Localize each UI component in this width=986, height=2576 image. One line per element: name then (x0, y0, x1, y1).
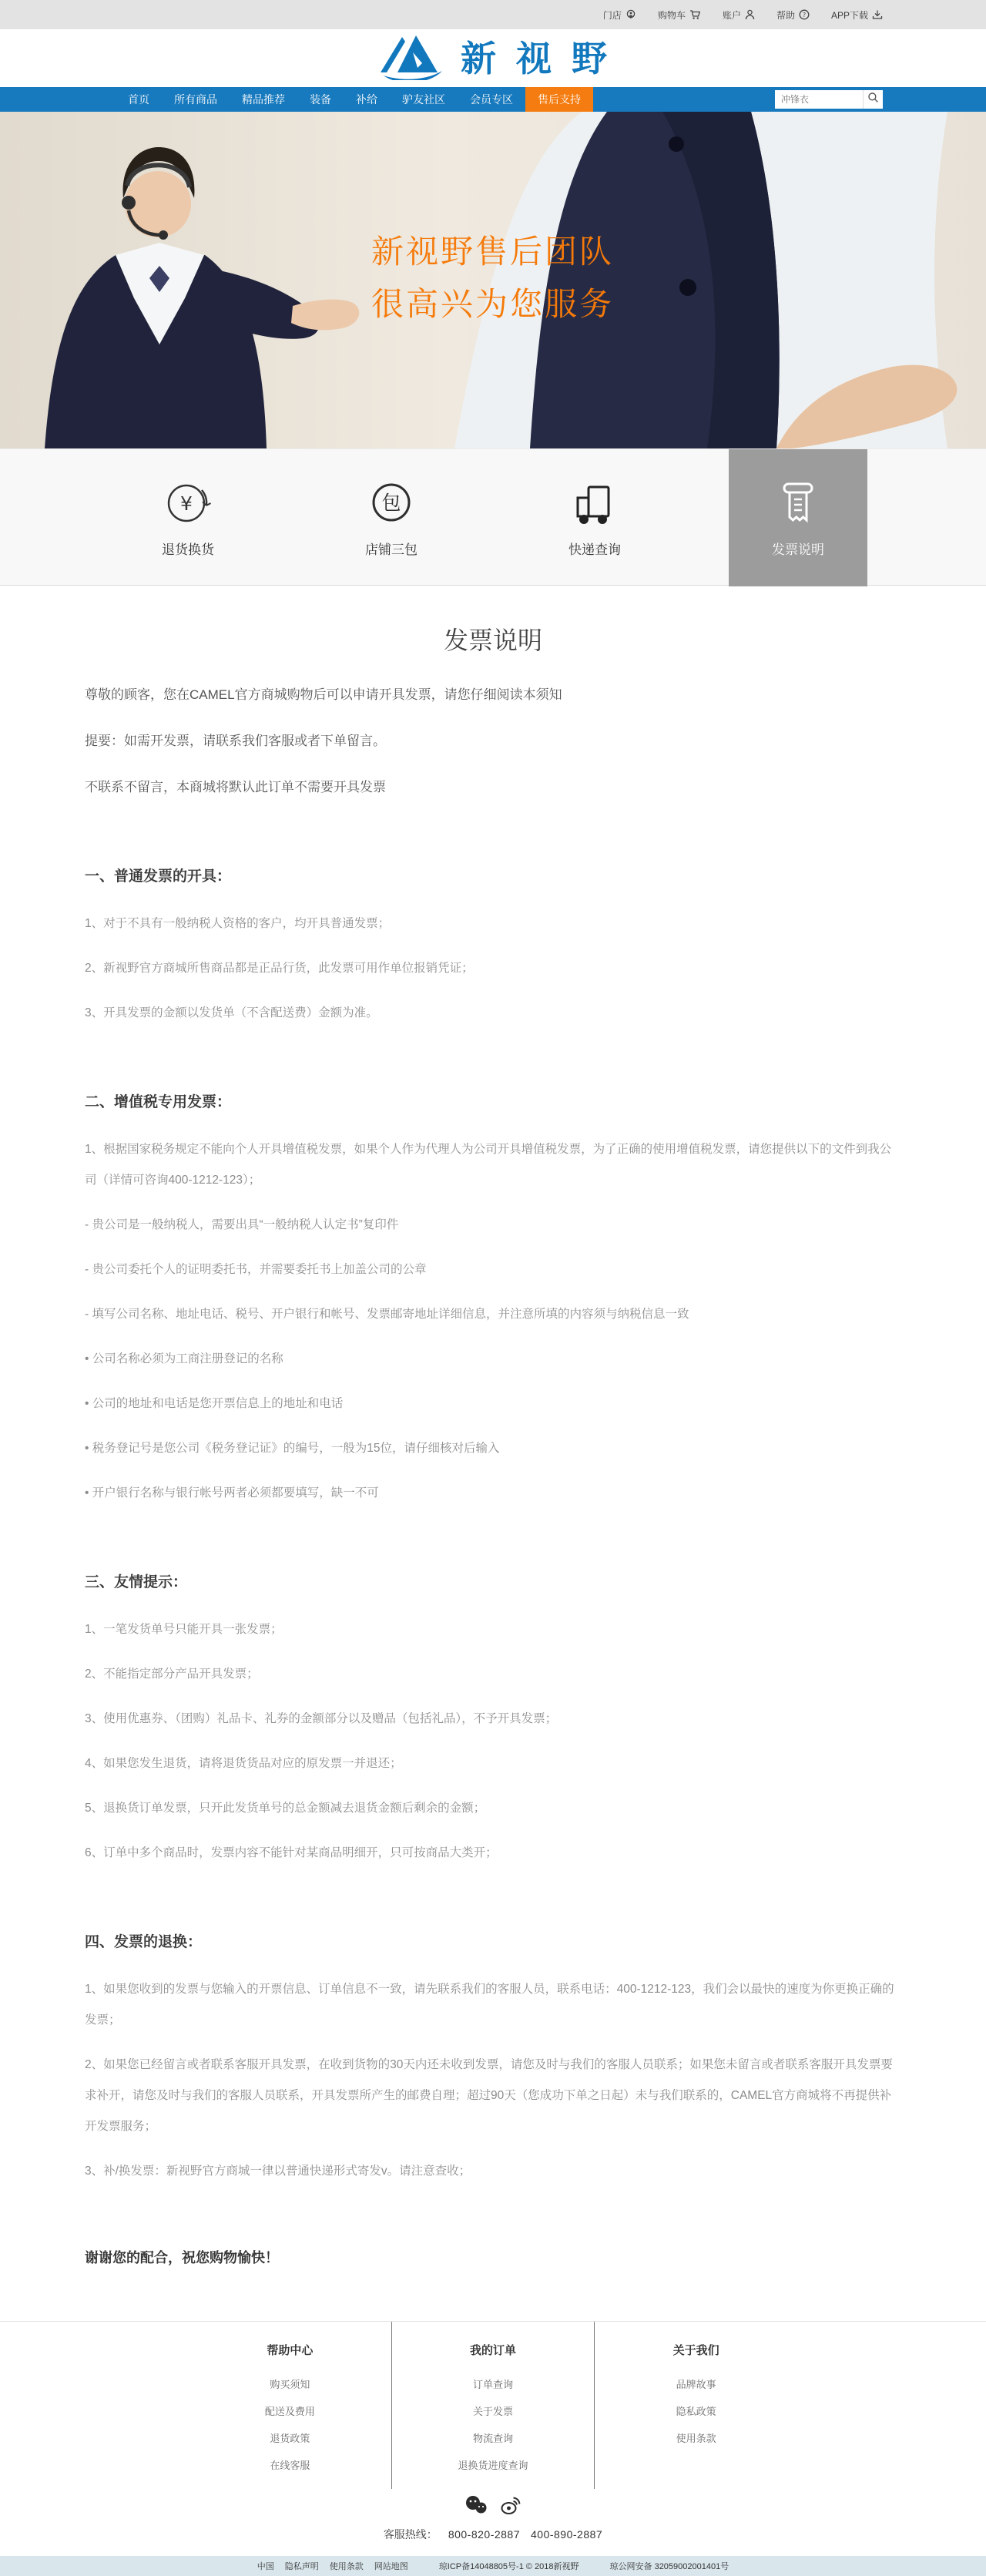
section-item: 3、补/换发票：新视野官方商城一律以普通快递形式寄发v。请注意查收； (85, 2156, 901, 2187)
section-item: 2、新视野官方商城所售商品都是正品行货，此发票可用作单位报销凭证； (85, 953, 901, 984)
hero-banner: 新视野售后团队 很高兴为您服务 (0, 112, 986, 448)
nav-item-supplies[interactable]: 补给 (344, 87, 390, 112)
site-header: 新视野 (0, 29, 986, 87)
tab-returns-label: 退货换货 (162, 539, 214, 558)
intro-paragraph: 不联系不留言，本商城将默认此订单不需要开具发票 (85, 772, 901, 803)
section-item: 4、如果您发生退货，请将退货货品对应的原发票一并退还； (85, 1748, 901, 1779)
section-heading-friendly-tips: 三、友情提示： (85, 1570, 901, 1591)
footer-col-my-orders: 我的订单 订单查询 关于发票 物流查询 退换货进度查询 (391, 2322, 595, 2489)
section-item: - 贵公司委托个人的证明委托书，并需要委托书上加盖公司的公章 (85, 1254, 901, 1285)
footer-link-return-progress[interactable]: 退换货进度查询 (392, 2457, 595, 2472)
tab-invoice-info[interactable]: 发票说明 (729, 449, 867, 586)
search-box (775, 90, 883, 109)
section-heading-vat-invoice: 二、增值税专用发票： (85, 1090, 901, 1111)
section-item: 3、使用优惠券、（团购）礼品卡、礼券的金额部分以及赠品（包括礼品），不予开具发票… (85, 1704, 901, 1735)
footer-link-terms[interactable]: 使用条款 (595, 2430, 797, 2445)
social-links (0, 2495, 986, 2519)
section-item: 2、如果您已经留言或者联系客服开具发票，在收到货物的30天内还未收到发票，请您及… (85, 2050, 901, 2142)
page-title: 发票说明 (85, 621, 901, 657)
hotline-phone-2: 400-890-2887 (531, 2528, 602, 2541)
section-item: 5、退换货订单发票，只开此发货单号的总金额减去退货金额后剩余的金额； (85, 1793, 901, 1824)
footer-link-brand-story[interactable]: 品牌故事 (595, 2376, 797, 2391)
intro-paragraph: 尊敬的顾客，您在CAMEL官方商城购物后可以申请开具发票，请您仔细阅读本须知 (85, 680, 901, 710)
truck-icon (570, 477, 619, 528)
section-item: - 贵公司是一般纳税人，需要出具“一般纳税人认定书”复印件 (85, 1210, 901, 1241)
section-item: 1、对于不具有一般纳税人资格的客户，均开具普通发票； (85, 908, 901, 939)
hero-slogan-line1: 新视野售后团队 (371, 226, 614, 278)
footer-link-delivery-fees[interactable]: 配送及费用 (189, 2403, 391, 2418)
section-item: 1、如果您收到的发票与您输入的开票信息、订单信息不一致，请先联系我们的客服人员，… (85, 1974, 901, 2036)
wechat-icon[interactable] (464, 2495, 488, 2519)
help-icon: ? (799, 9, 810, 20)
footer-link-online-service[interactable]: 在线客服 (189, 2457, 391, 2472)
footer-link-return-policy[interactable]: 退货政策 (189, 2430, 391, 2445)
package-icon: 包 (367, 477, 416, 528)
brand-name[interactable]: 新视野 (461, 41, 627, 76)
nav-item-gear[interactable]: 装备 (297, 87, 344, 112)
account-icon (745, 9, 755, 20)
main-nav: 首页 所有商品 精品推荐 装备 补给 驴友社区 会员专区 售后支持 (0, 87, 986, 112)
hero-slogan: 新视野售后团队 很高兴为您服务 (371, 226, 614, 331)
section-item: • 公司名称必须为工商注册登记的名称 (85, 1344, 901, 1375)
cart-link[interactable]: 购物车 (658, 8, 701, 22)
svg-text:¥: ¥ (180, 492, 193, 515)
service-tabs: ¥ 退货换货 包 店铺三包 快递查 (0, 448, 986, 586)
legal-link-privacy[interactable]: 隐私声明 (285, 2560, 319, 2572)
section-item: • 开户银行名称与银行帐号两者必须都要填写，缺一不可 (85, 1478, 901, 1509)
store-link[interactable]: 门店 (603, 8, 636, 22)
footer-link-order-query[interactable]: 订单查询 (392, 2376, 595, 2391)
security-record: 琼公网安备 32059002001401号 (610, 2560, 729, 2572)
account-link-label: 账户 (723, 8, 741, 22)
account-link[interactable]: 账户 (723, 8, 755, 22)
section-item: - 填写公司名称、地址电话、税号、开户银行和帐号、发票邮寄地址详细信息，并注意所… (85, 1299, 901, 1330)
refund-icon: ¥ (163, 477, 213, 528)
tab-warranty-label: 店铺三包 (365, 539, 418, 558)
footer-link-privacy-policy[interactable]: 隐私政策 (595, 2403, 797, 2418)
section-item: 1、一笔发货单号只能开具一张发票； (85, 1614, 901, 1645)
search-button[interactable] (863, 90, 883, 109)
section-heading-ordinary-invoice: 一、普通发票的开具： (85, 865, 901, 885)
service-hotline: 客服热线：800-820-2887400-890-2887 (0, 2527, 986, 2556)
store-location-icon (625, 9, 636, 20)
section-item: 1、根据国家税务规定不能向个人开具增值税发票，如果个人作为代理人为公司开具增值税… (85, 1134, 901, 1196)
legal-link-country[interactable]: 中国 (257, 2560, 274, 2572)
brand-mountain-icon (379, 32, 445, 84)
footer: 帮助中心 购买须知 配送及费用 退货政策 在线客服 我的订单 订单查询 关于发票… (0, 2321, 986, 2556)
intro-paragraph: 提要：如需开发票，请联系我们客服或者下单留言。 (85, 726, 901, 757)
footer-link-buying-guide[interactable]: 购买须知 (189, 2376, 391, 2391)
nav-item-all-products[interactable]: 所有商品 (162, 87, 230, 112)
section-heading-invoice-exchange: 四、发票的退换： (85, 1930, 901, 1951)
closing-note: 谢谢您的配合，祝您购物愉快！ (85, 2247, 901, 2267)
search-icon (867, 92, 879, 107)
app-download-link[interactable]: APP下载 (831, 8, 883, 22)
invoice-article: 发票说明 尊敬的顾客，您在CAMEL官方商城购物后可以申请开具发票，请您仔细阅读… (85, 586, 901, 2321)
weibo-icon[interactable] (500, 2495, 522, 2519)
footer-columns: 帮助中心 购买须知 配送及费用 退货政策 在线客服 我的订单 订单查询 关于发票… (189, 2322, 797, 2489)
page: 门店 购物车 账户 帮助 ? APP下载 新视 (0, 0, 986, 2576)
section-item: 2、不能指定部分产品开具发票； (85, 1659, 901, 1690)
nav-item-community[interactable]: 驴友社区 (390, 87, 458, 112)
utility-bar: 门店 购物车 账户 帮助 ? APP下载 (0, 0, 986, 29)
footer-col-title: 关于我们 (595, 2342, 797, 2358)
help-link-label: 帮助 (776, 8, 795, 22)
footer-link-logistics-query[interactable]: 物流查询 (392, 2430, 595, 2445)
help-link[interactable]: 帮助 ? (776, 8, 810, 22)
tab-shipping-query[interactable]: 快递查询 (493, 449, 696, 586)
footer-col-about-us: 关于我们 品牌故事 隐私政策 使用条款 (594, 2322, 797, 2489)
footer-link-about-invoice[interactable]: 关于发票 (392, 2403, 595, 2418)
hero-slogan-line2: 很高兴为您服务 (371, 278, 614, 331)
section-item: 6、订单中多个商品时，发票内容不能针对某商品明细开，只可按商品大类开； (85, 1838, 901, 1869)
legal-links: 中国 隐私声明 使用条款 网站地图 (257, 2560, 408, 2572)
store-link-label: 门店 (603, 8, 622, 22)
invoice-icon (775, 477, 821, 528)
tab-warranty[interactable]: 包 店铺三包 (290, 449, 493, 586)
tab-invoice-info-label: 发票说明 (772, 539, 824, 558)
section-item: • 税务登记号是您公司《税务登记证》的编号，一般为15位，请仔细核对后输入 (85, 1433, 901, 1464)
nav-item-home[interactable]: 首页 (116, 87, 162, 112)
search-input[interactable] (775, 94, 863, 105)
nav-item-after-sales[interactable]: 售后支持 (525, 87, 593, 112)
footer-col-help-center: 帮助中心 购买须知 配送及费用 退货政策 在线客服 (189, 2322, 391, 2489)
nav-item-membership[interactable]: 会员专区 (458, 87, 525, 112)
article-intro: 尊敬的顾客，您在CAMEL官方商城购物后可以申请开具发票，请您仔细阅读本须知 提… (85, 680, 901, 803)
footer-col-title: 帮助中心 (189, 2342, 391, 2358)
section-item: 3、开具发票的金额以发货单（不含配送费）金额为准。 (85, 998, 901, 1029)
svg-text:?: ? (803, 12, 806, 18)
legal-bar: 中国 隐私声明 使用条款 网站地图 琼ICP备14048805号-1 © 201… (0, 2556, 986, 2576)
tab-returns[interactable]: ¥ 退货换货 (86, 449, 290, 586)
hotline-phone-1: 800-820-2887 (448, 2528, 520, 2541)
section-item: • 公司的地址和电话是您开票信息上的地址和电话 (85, 1389, 901, 1419)
hotline-label: 客服热线： (384, 2528, 438, 2541)
tab-shipping-query-label: 快递查询 (568, 539, 621, 558)
nav-item-featured[interactable]: 精品推荐 (230, 87, 297, 112)
download-icon (872, 9, 883, 20)
cart-icon (689, 9, 701, 20)
legal-link-sitemap[interactable]: 网站地图 (374, 2560, 408, 2572)
legal-link-terms[interactable]: 使用条款 (330, 2560, 364, 2572)
app-download-label: APP下载 (831, 8, 868, 22)
footer-col-title: 我的订单 (392, 2342, 595, 2358)
cart-link-label: 购物车 (658, 8, 686, 22)
icp-record: 琼ICP备14048805号-1 © 2018新视野 (439, 2560, 579, 2572)
svg-text:包: 包 (381, 492, 401, 514)
